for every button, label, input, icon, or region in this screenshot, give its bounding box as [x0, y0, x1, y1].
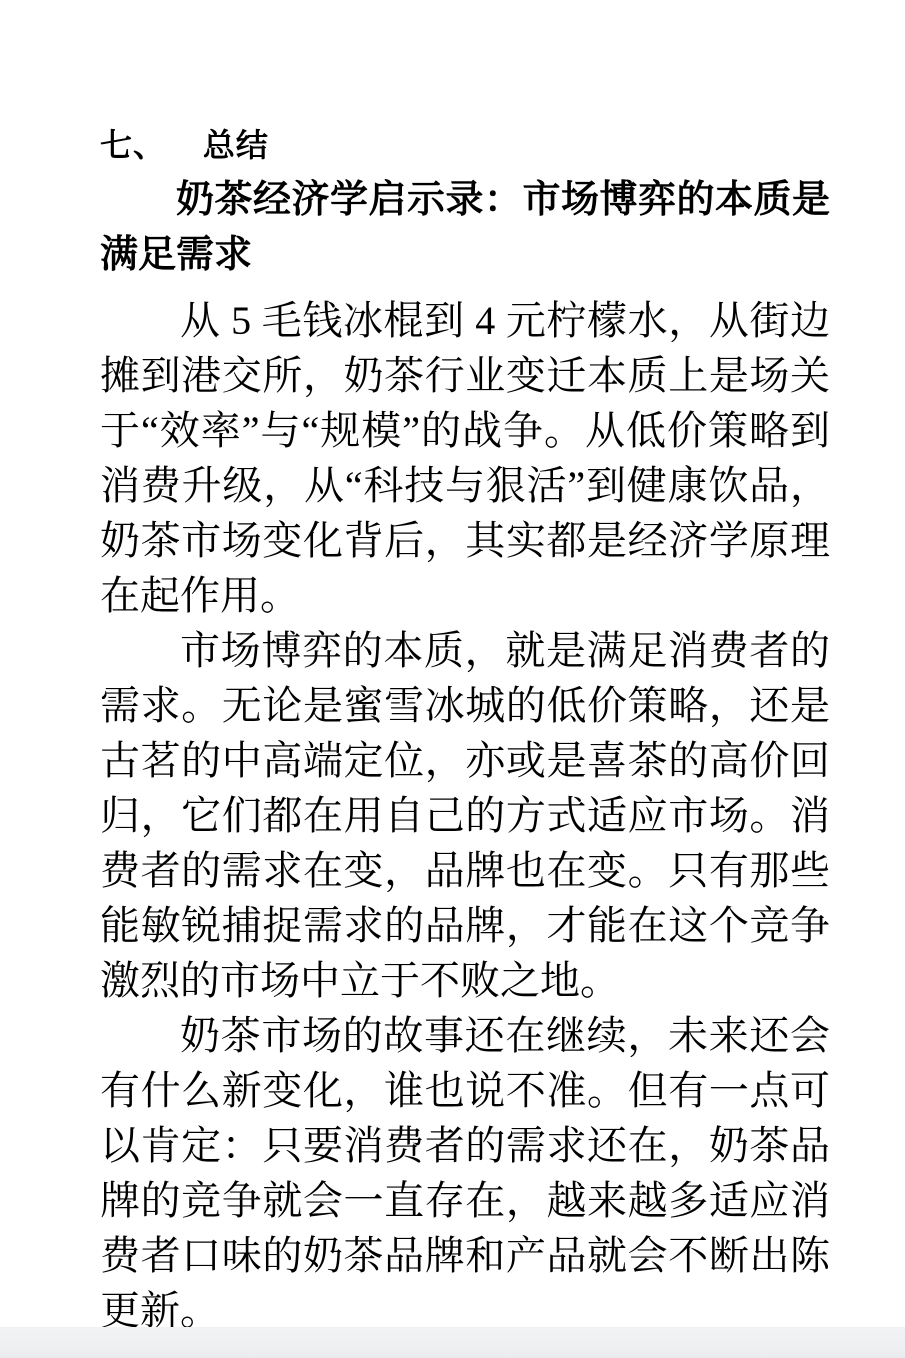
document-page: 七、总结 奶茶经济学启示录：市场博弈的本质是满足需求 从 5 毛钱冰棍到 4 元…	[0, 0, 905, 1358]
section-heading-title: 总结	[203, 127, 269, 163]
body-paragraph: 市场博弈的本质，就是满足消费者的需求。无论是蜜雪冰城的低价策略，还是古茗的中高端…	[100, 623, 830, 1008]
page-bottom-gap	[0, 1327, 905, 1358]
section-heading: 七、总结	[100, 118, 830, 173]
document-content: 七、总结 奶茶经济学启示录：市场博弈的本质是满足需求 从 5 毛钱冰棍到 4 元…	[100, 118, 830, 1338]
body-paragraph: 从 5 毛钱冰棍到 4 元柠檬水，从街边摊到港交所，奶茶行业变迁本质上是场关于“…	[100, 293, 830, 623]
section-heading-numbering: 七、	[100, 127, 166, 163]
body-paragraph: 奶茶市场的故事还在继续，未来还会有什么新变化，谁也说不准。但有一点可以肯定：只要…	[100, 1008, 830, 1338]
document-subtitle: 奶茶经济学启示录：市场博弈的本质是满足需求	[100, 173, 830, 283]
